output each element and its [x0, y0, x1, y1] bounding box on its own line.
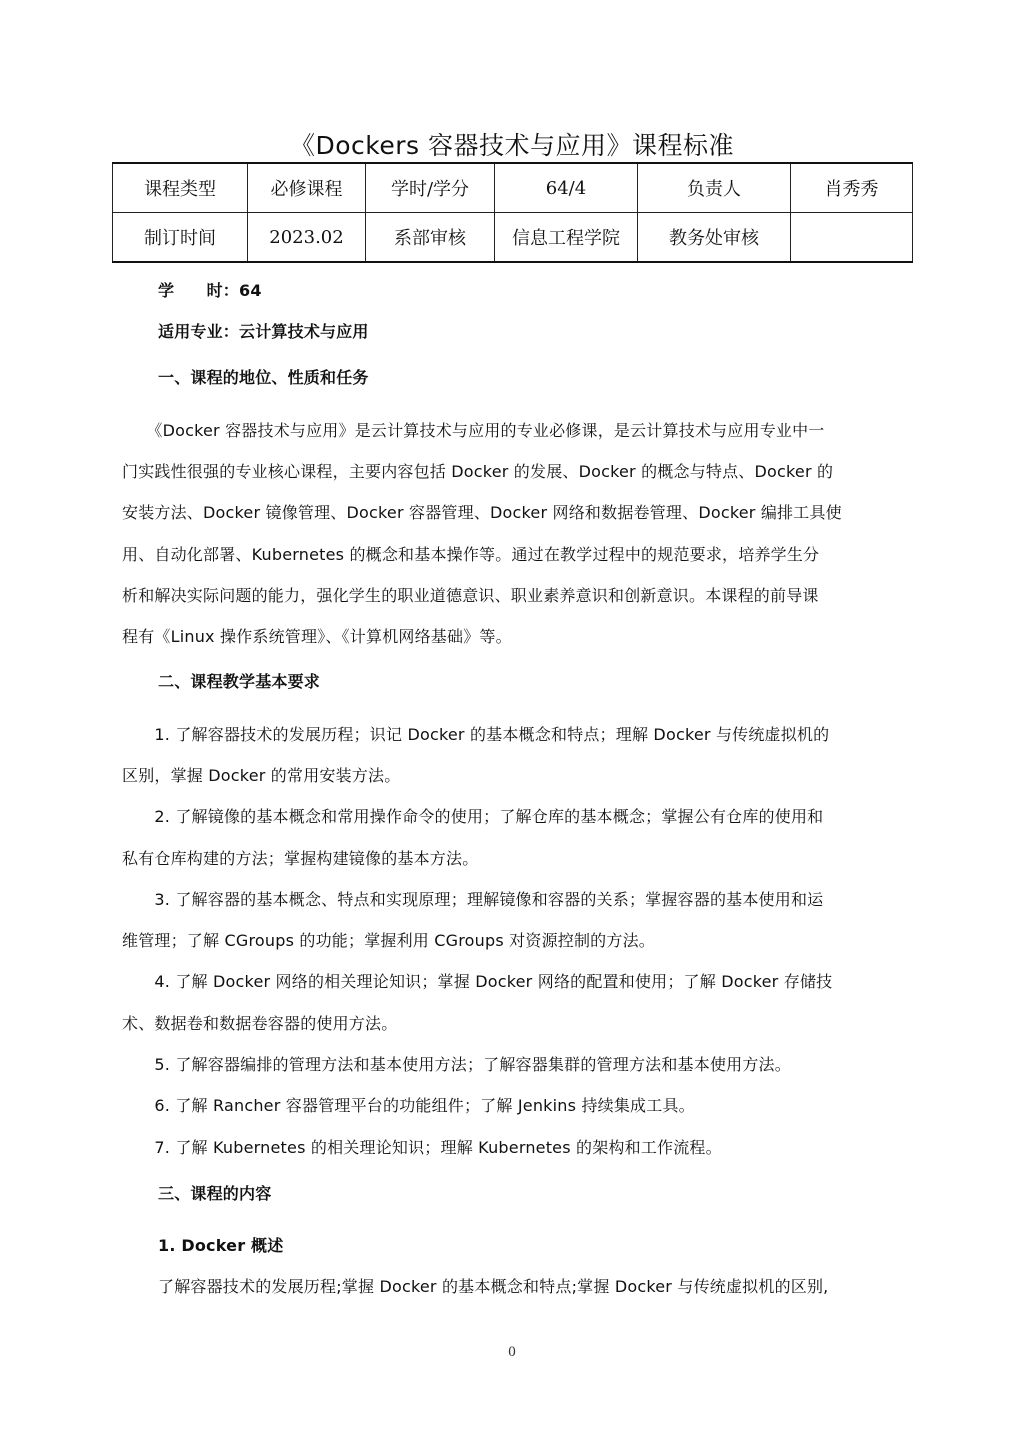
table-cell-value: 2023.02: [248, 213, 366, 263]
paragraph-line: 析和解决实际问题的能力，强化学生的职业道德意识、职业素养意识和创新意识。本课程的…: [122, 585, 819, 607]
paragraph-line: 用、自动化部署、Kubernetes 的概念和基本操作等。通过在教学过程中的规范…: [122, 544, 819, 566]
paragraph-line: 门实践性很强的专业核心课程，主要内容包括 Docker 的发展、Docker 的…: [122, 461, 833, 483]
requirement-line: 维管理；了解 CGroups 的功能；掌握利用 CGroups 对资源控制的方法…: [122, 930, 655, 952]
page-number: 0: [0, 1344, 1024, 1361]
requirement-line: 4. 了解 Docker 网络的相关理论知识；掌握 Docker 网络的配置和使…: [122, 971, 832, 993]
table-cell-label: 教务处审核: [638, 213, 791, 263]
document-page: 《Dockers 容器技术与应用》课程标准 课程类型 必修课程 学时/学分 64…: [0, 0, 1024, 1448]
paragraph-line: 程有《Linux 操作系统管理》、《计算机网络基础》等。: [122, 626, 512, 648]
table-cell-label: 学时/学分: [366, 163, 495, 213]
paragraph-line: 《Docker 容器技术与应用》是云计算技术与应用的专业必修课，是云计算技术与应…: [122, 420, 825, 442]
paragraph-line: 安装方法、Docker 镜像管理、Docker 容器管理、Docker 网络和数…: [122, 502, 842, 524]
section-heading-2: 二、课程教学基本要求: [158, 671, 320, 693]
requirement-line: 3. 了解容器的基本概念、特点和实现原理；理解镜像和容器的关系；掌握容器的基本使…: [122, 889, 823, 911]
requirement-line: 1. 了解容器技术的发展历程；识记 Docker 的基本概念和特点；理解 Doc…: [122, 724, 829, 746]
table-row: 制订时间 2023.02 系部审核 信息工程学院 教务处审核: [113, 213, 913, 263]
section-heading-3: 三、课程的内容: [158, 1183, 271, 1205]
table-cell-value: 信息工程学院: [495, 213, 638, 263]
hours-line: 学 时：64: [158, 280, 262, 302]
requirement-line: 6. 了解 Rancher 容器管理平台的功能组件；了解 Jenkins 持续集…: [122, 1095, 695, 1117]
hours-label: 学 时：: [158, 281, 239, 300]
section-heading-1: 一、课程的地位、性质和任务: [158, 367, 369, 389]
requirement-line: 区别，掌握 Docker 的常用安装方法。: [122, 765, 400, 787]
table-cell-value: 必修课程: [248, 163, 366, 213]
table-cell-value: 64/4: [495, 163, 638, 213]
subsection-heading: 1. Docker 概述: [158, 1235, 283, 1257]
table-cell-label: 制订时间: [113, 213, 248, 263]
requirement-line: 7. 了解 Kubernetes 的相关理论知识；理解 Kubernetes 的…: [122, 1137, 722, 1159]
paragraph-line: 了解容器技术的发展历程;掌握 Docker 的基本概念和特点;掌握 Docker…: [158, 1276, 828, 1298]
table-cell-label: 课程类型: [113, 163, 248, 213]
requirement-line: 私有仓库构建的方法；掌握构建镜像的基本方法。: [122, 848, 478, 870]
major-line: 适用专业：云计算技术与应用: [158, 321, 369, 343]
table-cell-label: 负责人: [638, 163, 791, 213]
requirement-line: 5. 了解容器编排的管理方法和基本使用方法；了解容器集群的管理方法和基本使用方法…: [122, 1054, 791, 1076]
table-row: 课程类型 必修课程 学时/学分 64/4 负责人 肖秀秀: [113, 163, 913, 213]
document-title: 《Dockers 容器技术与应用》课程标准: [0, 128, 1024, 164]
major-value: 云计算技术与应用: [239, 322, 369, 341]
requirement-line: 术、数据卷和数据卷容器的使用方法。: [122, 1013, 397, 1035]
hours-value: 64: [239, 281, 262, 300]
major-label: 适用专业：: [158, 322, 239, 341]
requirement-line: 2. 了解镜像的基本概念和常用操作命令的使用；了解仓库的基本概念；掌握公有仓库的…: [122, 806, 823, 828]
table-cell-value: 肖秀秀: [791, 163, 913, 213]
table-cell-value: [791, 213, 913, 263]
table-cell-label: 系部审核: [366, 213, 495, 263]
course-info-table: 课程类型 必修课程 学时/学分 64/4 负责人 肖秀秀 制订时间 2023.0…: [112, 162, 913, 263]
